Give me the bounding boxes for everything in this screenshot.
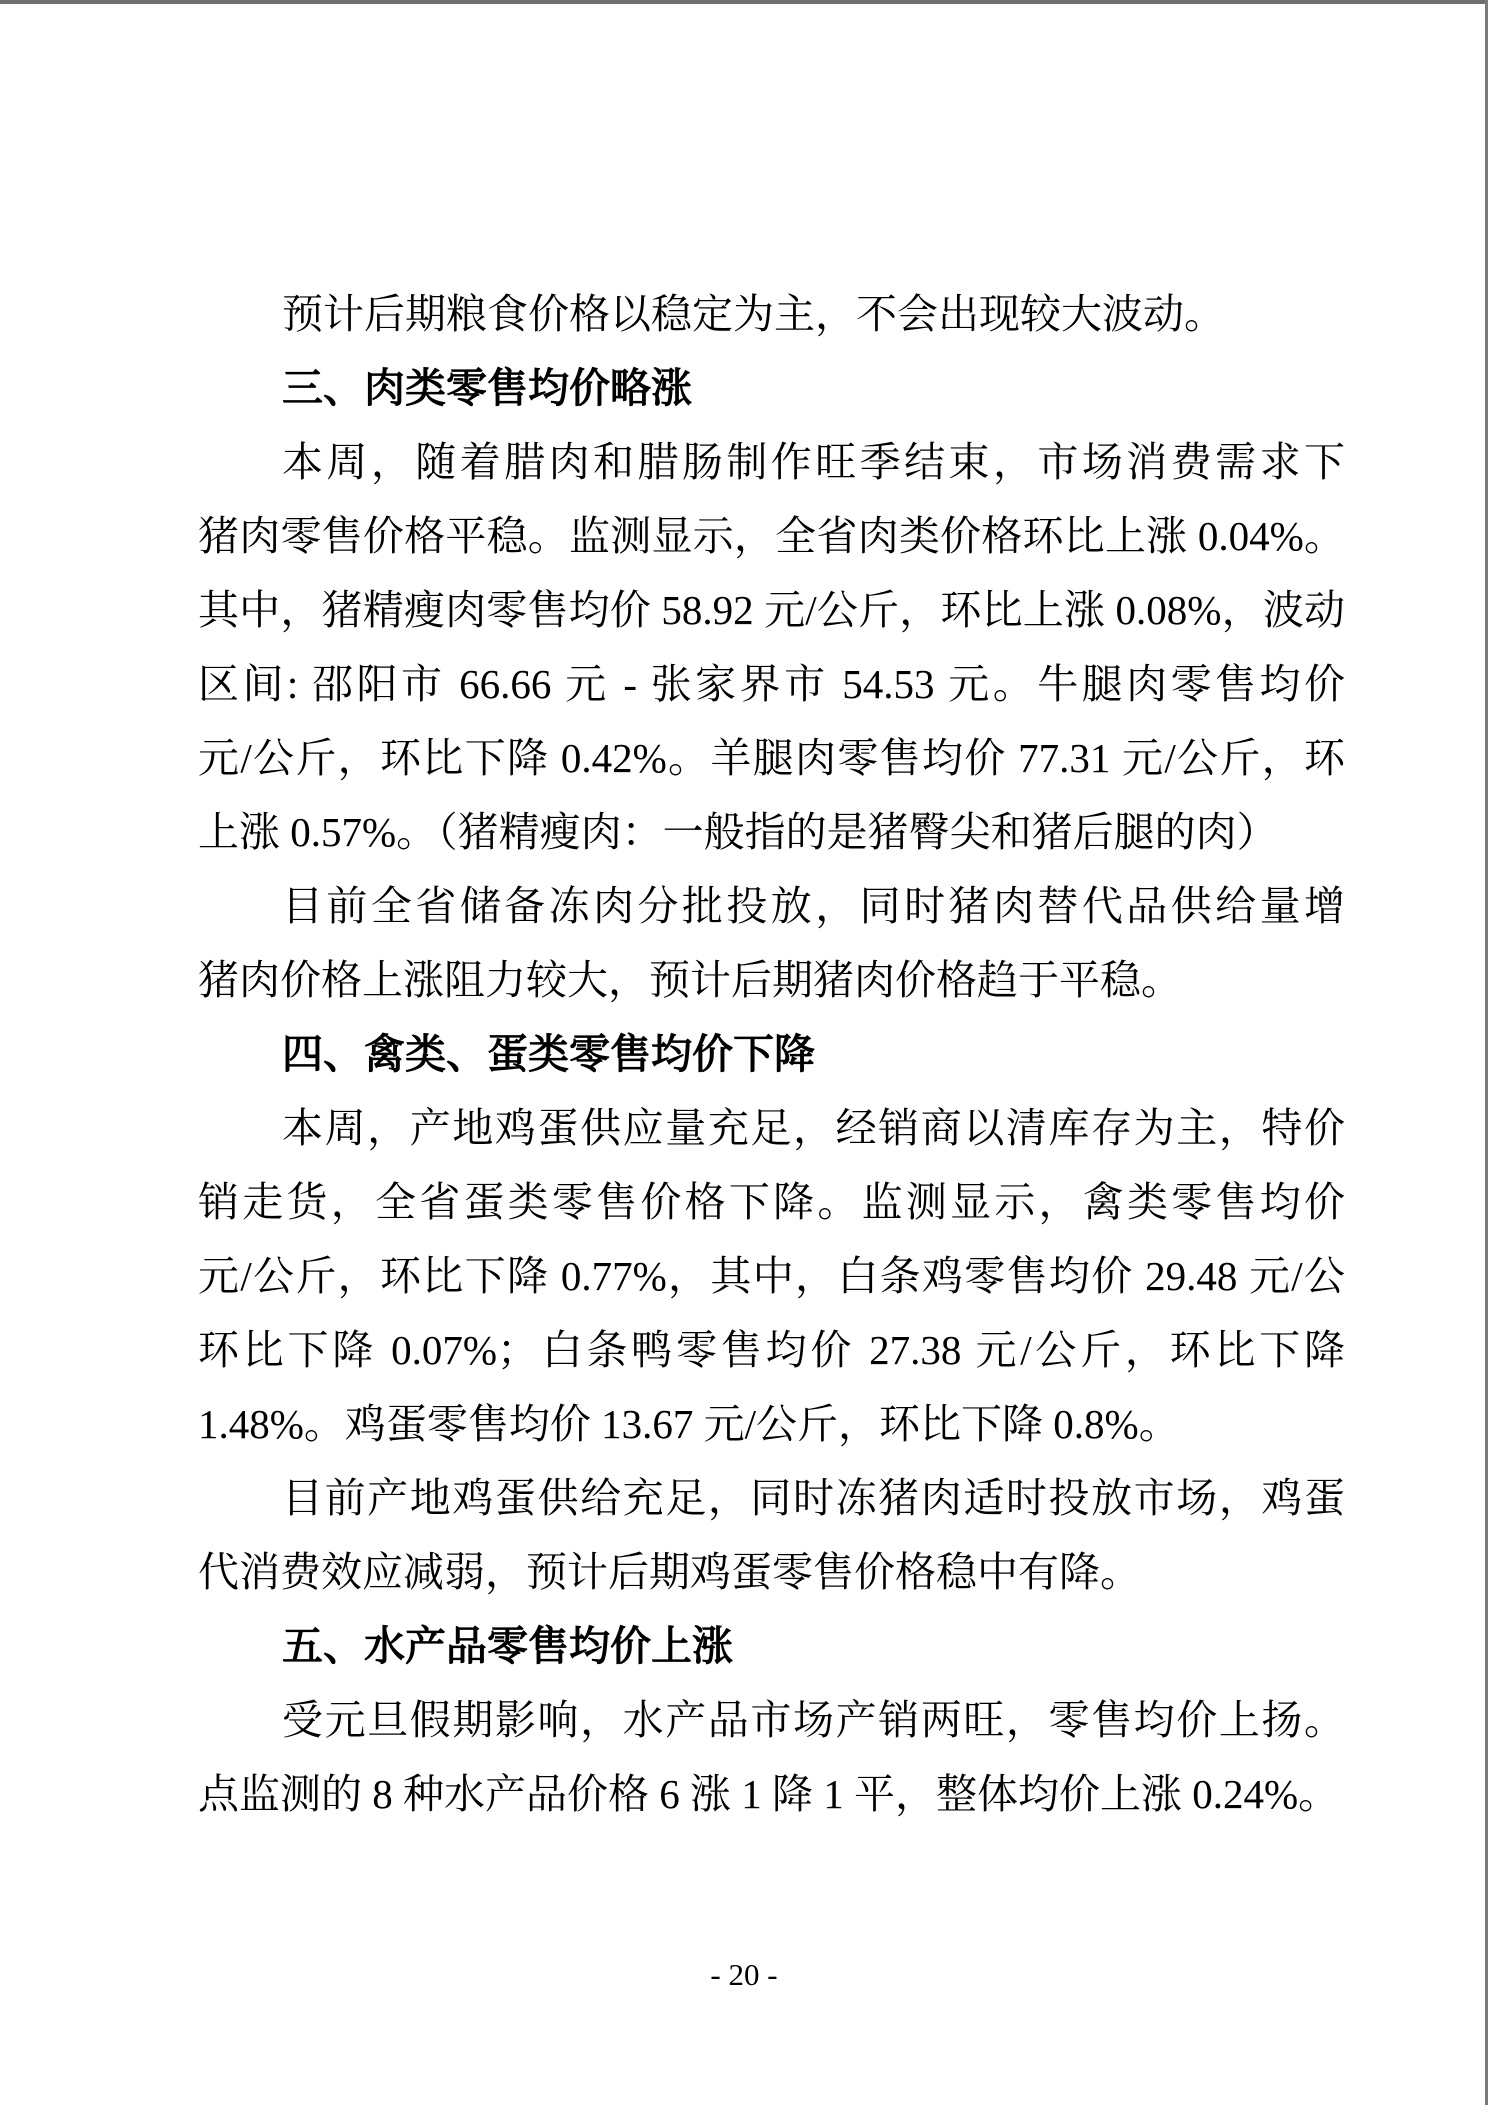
doc-line: 目前全省储备冻肉分批投放，同时猪肉替代品供给量增加， — [198, 869, 1345, 943]
page-number: - 20 - — [0, 1956, 1488, 1994]
page-top-border — [0, 0, 1488, 4]
doc-line: 上涨 0.57%。（猪精瘦肉：一般指的是猪臀尖和猪后腿的肉） — [198, 795, 1345, 869]
doc-line: 目前产地鸡蛋供给充足，同时冻猪肉适时投放市场，鸡蛋替 — [198, 1461, 1345, 1535]
doc-line: 区间: 邵阳市 66.66 元 - 张家界市 54.53 元。牛腿肉零售均价 9… — [198, 647, 1345, 721]
doc-line: 其中，猪精瘦肉零售均价 58.92 元/公斤，环比上涨 0.08%，波动 — [198, 573, 1345, 647]
doc-line: 元/公斤，环比下降 0.77%，其中，白条鸡零售均价 29.48 元/公斤， — [198, 1239, 1345, 1313]
doc-line: 代消费效应减弱，预计后期鸡蛋零售价格稳中有降。 — [198, 1535, 1345, 1609]
doc-line: 1.48%。鸡蛋零售均价 13.67 元/公斤，环比下降 0.8%。 — [198, 1387, 1345, 1461]
doc-line: 环比下降 0.07%；白条鸭零售均价 27.38 元/公斤，环比下降 — [198, 1313, 1345, 1387]
doc-line: 本周，产地鸡蛋供应量充足，经销商以清库存为主，特价促 — [198, 1091, 1345, 1165]
doc-line: 元/公斤，环比下降 0.42%。羊腿肉零售均价 77.31 元/公斤，环比 — [198, 721, 1345, 795]
section-heading-poultry-eggs: 四、禽类、蛋类零售均价下降 — [198, 1017, 1345, 1091]
doc-line: 预计后期粮食价格以稳定为主，不会出现较大波动。 — [198, 277, 1345, 351]
doc-line: 猪肉价格上涨阻力较大，预计后期猪肉价格趋于平稳。 — [198, 943, 1345, 1017]
doc-line: 本周，随着腊肉和腊肠制作旺季结束，市场消费需求下降， — [198, 425, 1345, 499]
doc-line: 猪肉零售价格平稳。监测显示，全省肉类价格环比上涨 0.04%。 — [198, 499, 1345, 573]
document-page-body: 预计后期粮食价格以稳定为主，不会出现较大波动。 三、肉类零售均价略涨 本周，随着… — [198, 277, 1345, 1831]
doc-line: 受元旦假期影响，水产品市场产销两旺，零售均价上扬。重 — [198, 1683, 1345, 1757]
doc-line: 销走货，全省蛋类零售价格下降。监测显示，禽类零售均价 28.43 — [198, 1165, 1345, 1239]
section-heading-aquatic: 五、水产品零售均价上涨 — [198, 1609, 1345, 1683]
doc-line: 点监测的 8 种水产品价格 6 涨 1 降 1 平，整体均价上涨 0.24%。 — [198, 1757, 1345, 1831]
section-heading-meat: 三、肉类零售均价略涨 — [198, 351, 1345, 425]
